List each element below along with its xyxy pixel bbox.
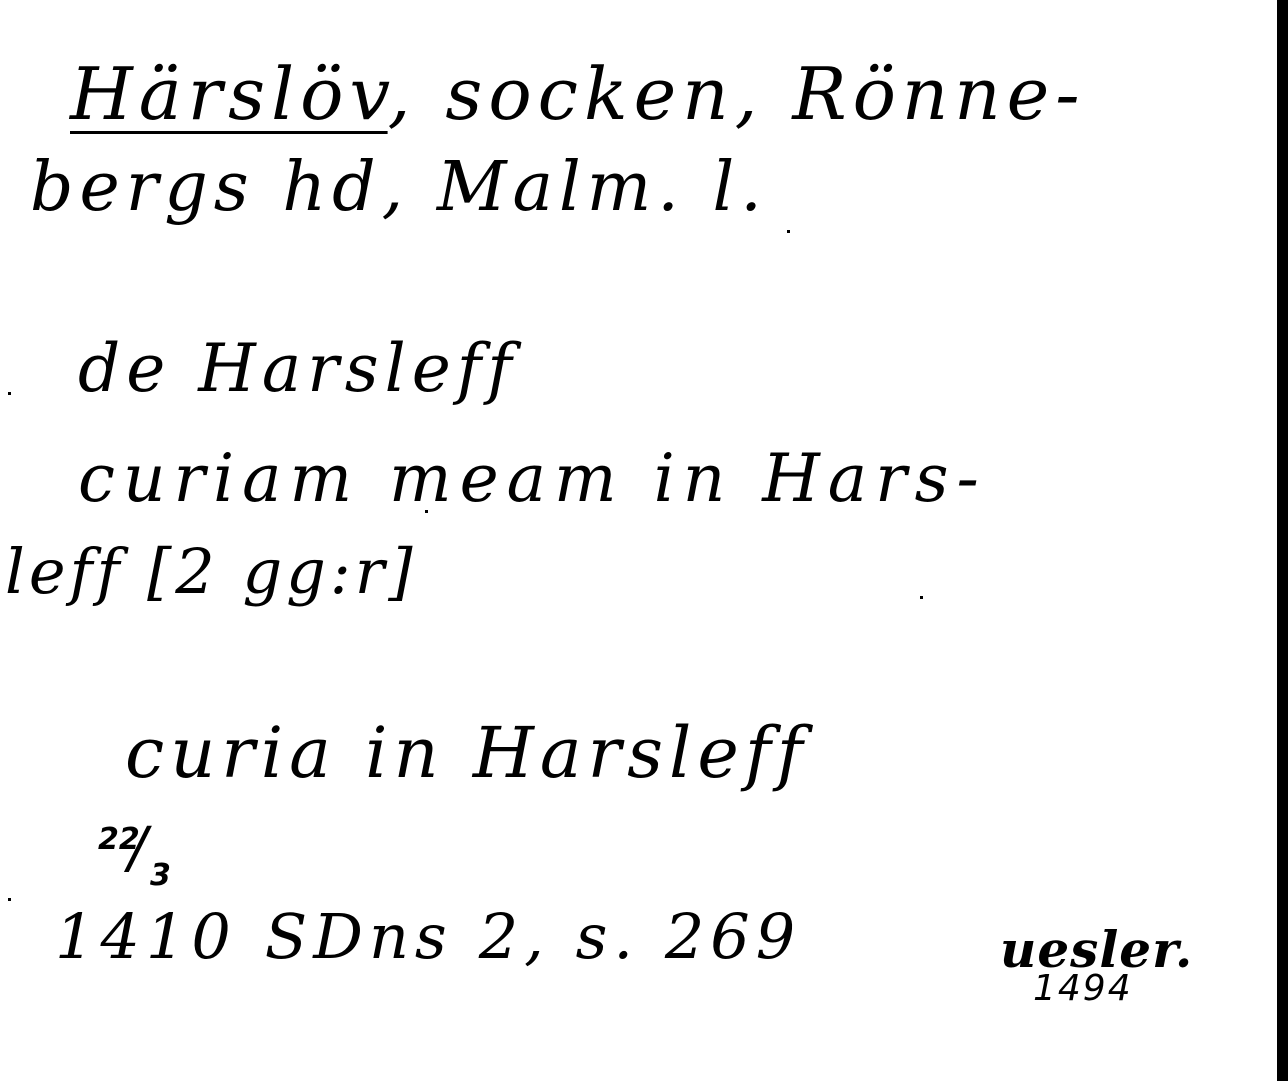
place-name: Härslöv (70, 52, 388, 136)
form-entry-2-continued: leff [2 gg:r] (5, 535, 417, 608)
parish-district-text: , socken, Rönne- (388, 52, 1086, 136)
heading-line-1: Härslöv, socken, Rönne- (70, 52, 1086, 136)
citation-line: 1410SDns2, s. 269 (55, 900, 801, 973)
date-month: 3 (150, 861, 171, 891)
citation-year: 1410 (55, 900, 237, 973)
card-number: 1494 (1033, 968, 1133, 1009)
scan-speck (8, 898, 11, 901)
form-entry-3: curia in Harsleff (125, 712, 809, 794)
date-slash: / (128, 821, 147, 877)
card-edge-bar (1277, 0, 1288, 1081)
scan-speck (8, 392, 11, 395)
scan-speck (920, 596, 923, 599)
heading-line-2: bergs hd, Malm. l. (30, 148, 768, 227)
citation-reference: 2, s. 269 (479, 900, 801, 973)
form-entry-1: de Harsleff (78, 330, 518, 407)
index-card: Härslöv, socken, Rönne- bergs hd, Malm. … (0, 0, 1288, 1081)
form-entry-2: curiam meam in Hars- (78, 440, 987, 517)
scan-speck (425, 510, 428, 513)
scan-speck (787, 230, 790, 233)
citation-source: SDns (265, 900, 453, 973)
